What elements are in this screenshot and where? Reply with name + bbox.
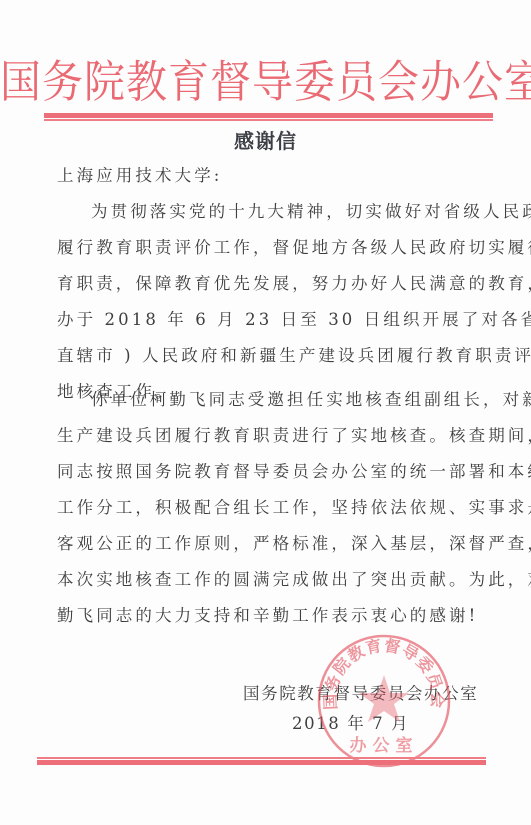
paragraph-line: 为贯彻落实党的十九大精神，切实做好对省级人民政府: [57, 194, 489, 230]
paragraph-line: 办于 2018 年 6 月 23 日至 30 日组织开展了对各省( 自治区、: [57, 302, 489, 338]
header-rule-thick: [44, 113, 493, 118]
signature-organization: 国务院教育督导委员会办公室: [243, 680, 478, 704]
footer-rule-thick: [37, 760, 486, 765]
signature-date: 2018 年 7 月: [292, 710, 409, 734]
paragraph-2: 你单位柯勤飞同志受邀担任实地核查组副组长，对新疆 生产建设兵团履行教育职责进行了…: [57, 382, 489, 634]
paragraph-1: 为贯彻落实党的十九大精神，切实做好对省级人民政府 履行教育职责评价工作，督促地方…: [57, 194, 489, 410]
paragraph-line: 客观公正的工作原则，严格标准，深入基层，深督严查，为: [57, 526, 489, 562]
paragraph-line: 履行教育职责评价工作，督促地方各级人民政府切实履行教: [57, 230, 489, 266]
organization-header: 国务院教育督导委员会办公室: [0, 56, 531, 108]
paragraph-line: 同志按照国务院教育督导委员会办公室的统一部署和本组: [57, 454, 489, 490]
salutation-text: 上海应用技术大学:: [57, 158, 489, 194]
paragraph-line: 你单位柯勤飞同志受邀担任实地核查组副组长，对新疆: [57, 382, 489, 418]
letter-page: 国务院教育督导委员会办公室 感谢信 上海应用技术大学: 为贯彻落实党的十九大精神…: [0, 0, 531, 825]
paragraph-line: 生产建设兵团履行教育职责进行了实地核查。核查期间，该: [57, 418, 489, 454]
paragraph-line: 育职责，保障教育优先发展，努力办好人民满意的教育，我: [57, 266, 489, 302]
letter-title: 感谢信: [0, 127, 531, 155]
paragraph-line: 本次实地核查工作的圆满完成做出了突出贡献。为此，对柯: [57, 562, 489, 598]
footer-rule-thin: [37, 757, 486, 759]
paragraph-line: 勤飞同志的大力支持和辛勤工作表示衷心的感谢!: [57, 598, 489, 634]
paragraph-line: 直辖市 ) 人民政府和新疆生产建设兵团履行教育职责评价实: [57, 338, 489, 374]
paragraph-line: 工作分工，积极配合组长工作，坚持依法依规、实事求是、: [57, 490, 489, 526]
salutation: 上海应用技术大学:: [57, 158, 489, 194]
stamp-inner-text: 办公室: [350, 735, 419, 756]
header-rule-thin: [44, 119, 493, 121]
